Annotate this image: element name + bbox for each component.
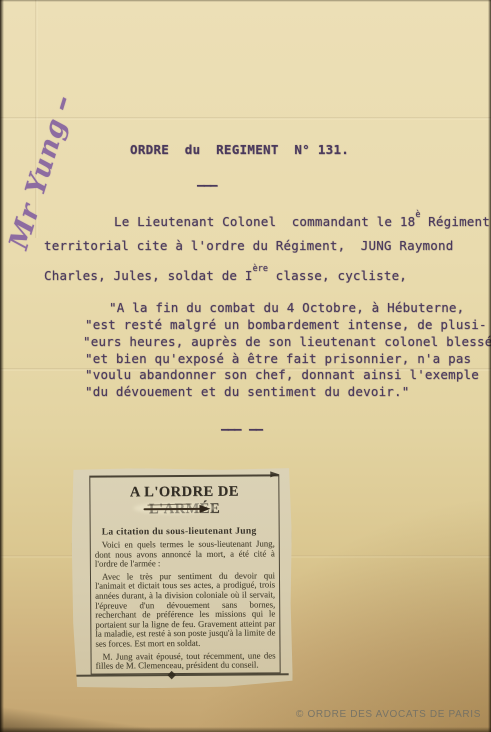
copyright-watermark: © ORDRE DES AVOCATS DE PARIS [296,709,481,720]
paper-edge [0,0,491,2]
letter-quote-line: "du dévouement et du sentiment du devoir… [85,384,409,400]
paper-edge [0,0,4,732]
pin-icon [133,501,217,516]
end-divider-dash: ——— [221,421,241,437]
body-line3-text-end: classe, cycliste, [268,268,407,283]
rule-arrow-icon [270,471,279,477]
letter-quote-line: "A la fin du combat du 4 Octobre, à Hébu… [109,300,464,316]
handwritten-note: Mr Yung – [1,44,104,256]
letter-quote-line: "et bien qu'exposé à être fait prisonnie… [85,351,471,367]
clipping-paragraph: Avec le très pur sentiment du devoir qui… [95,571,276,649]
letter-quote-line: "eurs heures, auprès de son lieutenant c… [83,334,491,350]
letter-title: ORDRE du REGIMENT N° 131. [130,142,349,158]
letter-quote-line: "est resté malgré un bombardement intens… [85,317,487,333]
body-line3-text: Charles, Jules, soldat de I [44,268,253,283]
paper-corner-shadow [0,706,150,732]
scanned-document-page: Mr Yung – ORDRE du REGIMENT N° 131. ——— … [0,0,491,732]
clipping-bottom-rule [75,674,289,677]
paper-edge [0,727,491,732]
body-line1-superscript: è [415,210,420,220]
letter-body-line: territorial cite à l'ordre du Régiment, … [44,238,453,254]
clipping-paragraph: M. Jung avait épousé, tout récemment, un… [96,651,276,671]
end-divider-dash: —— [249,421,262,437]
handwritten-name: Mr Yung [3,114,72,253]
clipping-subhead: La citation du sous-lieutenant Jung [95,525,275,537]
letter-body-line: Le Lieutenant Colonel commandant le 18è … [114,211,490,230]
body-line1-text: Le Lieutenant Colonel commandant le 18 [114,214,415,229]
title-divider-dash: ——— [197,177,217,193]
letter-body-line: Charles, Jules, soldat de Ière classe, c… [44,265,407,284]
body-line3-superscript: ère [253,264,268,274]
body-line1-text-end: Régiment [420,214,490,229]
clipping-paragraph: Voici en quels termes le sous-lieutenant… [95,539,275,569]
letter-quote-line: "voulu abandonner son chef, donnant ains… [85,367,479,383]
newspaper-clipping: A L'ORDRE DE L'ARMÉE La citation du sous… [71,467,293,689]
